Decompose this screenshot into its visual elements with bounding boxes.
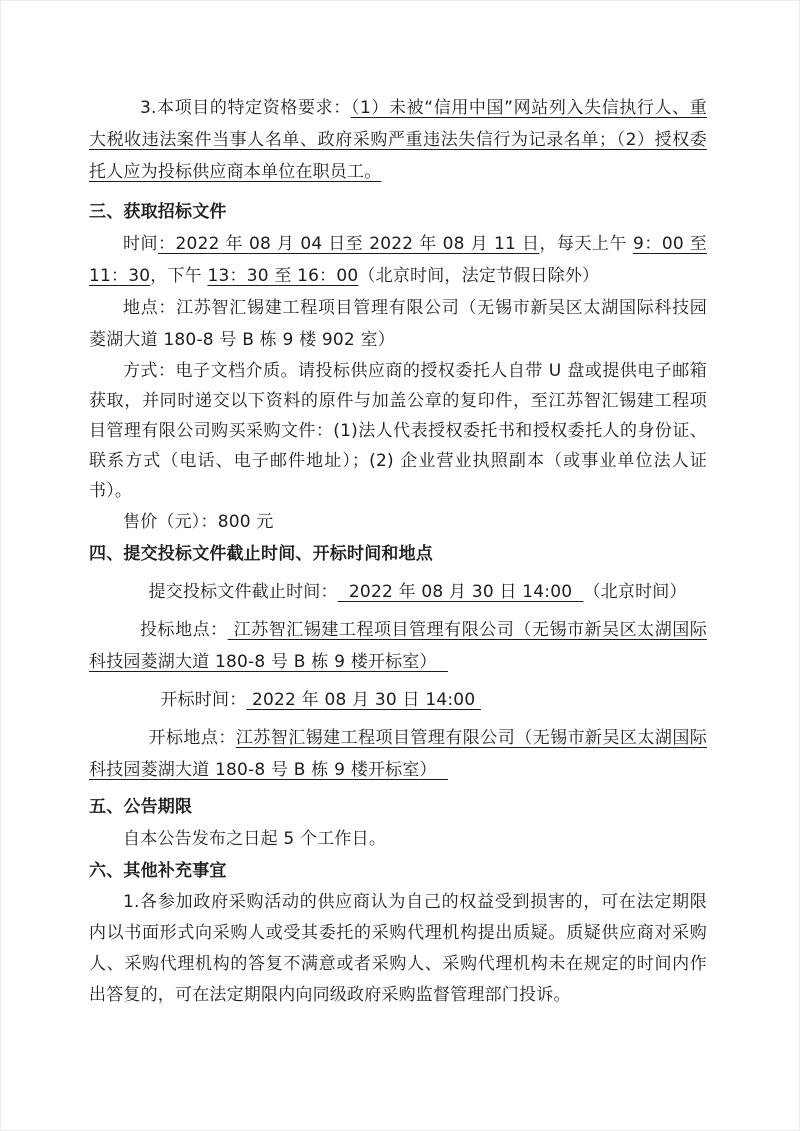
opening-time-paragraph: 开标时间： 2022 年 08 月 30 日 14:00 bbox=[89, 684, 707, 716]
document-page: 3.本项目的特定资格要求：（1）未被“信用中国”网站列入失信执行人、重大税收违法… bbox=[0, 0, 800, 1131]
opening-place-label: 开标地点： bbox=[149, 728, 236, 748]
obtain-time-label: 时间 bbox=[123, 234, 158, 254]
obtain-date-range-underlined: ：2022 年 08 月 04 日至 2022 年 08 月 11 日 bbox=[158, 234, 539, 254]
section4-heading: 四、提交投标文件截止时间、开标时间和地点 bbox=[89, 538, 707, 570]
qualification-lead-text: 3.本项目的特定资格要求： bbox=[140, 98, 351, 118]
obtain-method-paragraph: 方式：电子文档介质。请投标供应商的授权委托人自带 U 盘或提供电子邮箱获取，并同… bbox=[89, 356, 707, 506]
section3-heading: 三、获取招标文件 bbox=[89, 196, 707, 228]
qualification-requirement-paragraph: 3.本项目的特定资格要求：（1）未被“信用中国”网站列入失信执行人、重大税收违法… bbox=[89, 92, 707, 188]
section5-heading: 五、公告期限 bbox=[89, 791, 707, 823]
obtain-time-text-1: ，每天上午 bbox=[540, 234, 634, 254]
section6-heading: 六、其他补充事宜 bbox=[89, 855, 707, 887]
document-price-paragraph: 售价（元）：800 元 bbox=[89, 506, 707, 538]
obtain-location-paragraph: 地点：江苏智汇锡建工程项目管理有限公司（无锡市新吴区太湖国际科技园菱湖大道 18… bbox=[89, 292, 707, 356]
obtain-time-text-2: ，下午 bbox=[150, 266, 207, 286]
announcement-period-paragraph: 自本公告发布之日起 5 个工作日。 bbox=[89, 823, 707, 855]
bid-place-label: 投标地点： bbox=[140, 620, 228, 640]
submission-deadline-paragraph: 提交投标文件截止时间： 2022 年 08 月 30 日 14:00 （北京时间… bbox=[89, 576, 707, 608]
opening-time-value-underlined: 2022 年 08 月 30 日 14:00 bbox=[246, 690, 481, 710]
opening-time-label: 开标时间： bbox=[160, 690, 246, 710]
submission-deadline-value-underlined: 2022 年 08 月 30 日 14:00 bbox=[338, 582, 584, 602]
submission-deadline-suffix: （北京时间） bbox=[583, 582, 686, 602]
supplementary-matters-paragraph: 1.各参加政府采购活动的供应商认为自己的权益受到损害的，可在法定期限内以书面形式… bbox=[89, 887, 707, 1011]
obtain-time-text-3: （北京时间，法定节假日除外） bbox=[358, 266, 599, 286]
opening-place-paragraph: 开标地点：江苏智汇锡建工程项目管理有限公司（无锡市新吴区太湖国际科技园菱湖大道 … bbox=[89, 722, 707, 786]
afternoon-hours-underlined: 13：30 至 16：00 bbox=[207, 266, 358, 286]
bid-place-paragraph: 投标地点： 江苏智汇锡建工程项目管理有限公司（无锡市新吴区太湖国际科技园菱湖大道… bbox=[89, 614, 707, 678]
obtain-time-paragraph: 时间：2022 年 08 月 04 日至 2022 年 08 月 11 日，每天… bbox=[89, 228, 707, 292]
submission-deadline-label: 提交投标文件截止时间： bbox=[149, 582, 338, 602]
